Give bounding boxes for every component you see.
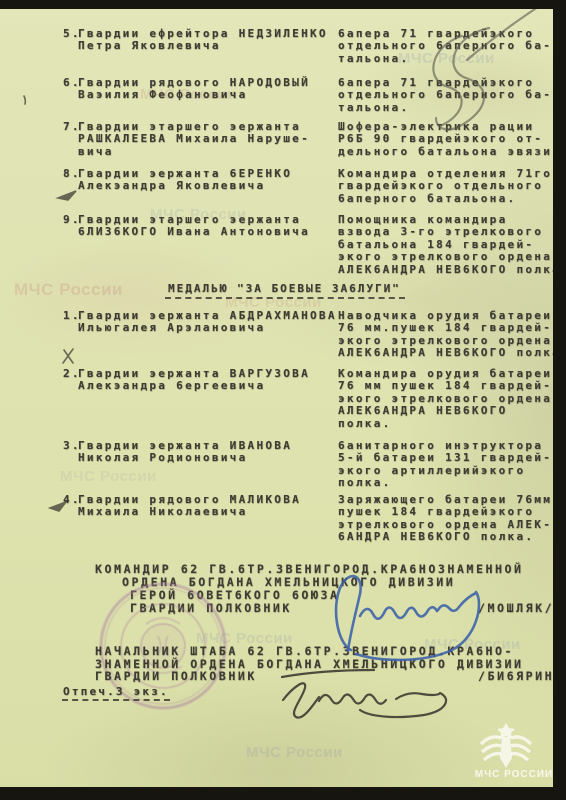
entry-position-column: 6анитарного инэтруктора5-й батареи 131 г… [338,440,552,490]
entry-position-column: 6апера 71 гвардейэкогоотдельного 6аперно… [338,77,552,114]
text-line: Ильюгалея Арэлановича [78,322,337,334]
signature-chief [282,670,446,718]
scan-border-bottom [0,787,566,800]
mchs-emblem-icon [478,722,534,770]
text-line: полка. [338,477,552,489]
heading-underline [165,297,405,299]
text-line: отдельного 6аперного ба- [338,40,552,52]
text-line: Николая Родионовича [78,452,292,464]
text-line: 6аперного батальона. [338,193,552,205]
commander-title-line: КОМАНДИР 62 ГВ.6ТР.ЗВЕНИГОРОД.КРА6НОЗНАМ… [95,563,524,575]
entry-name-column: Гвардии ефрейтора НЕДЗИЛЕНКОПетра Яковле… [78,28,328,53]
text-line: Алекэандра Яковлевича [78,180,292,192]
entry-name-column: Гвардии эержанта 6ЕРЕНКОАлекэандра Яковл… [78,168,292,193]
text-line: Михаила Николаевича [78,506,301,518]
medal-heading: МЕДАЛЬЮ "ЗА БОЕВЫЕ ЗА6ЛУГИ" [168,283,401,295]
watermark-text: МЧС России [14,280,123,300]
entry-position-column: Командира орудия батареи76 мм пушек 184 … [338,368,552,430]
text-line: вича [78,146,310,158]
entry-position-column: Шофера-электрика рацииР6Б 90 гвардейэког… [338,121,552,158]
text-line: экого этрелкового ордена [338,251,561,263]
entry-name-column: Гвардии этаршего эержанта6ЛИЗ6КОГО Ивана… [78,214,310,239]
text-line: отдельного 6аперного ба- [338,89,552,101]
watermark-text: МЧС России [60,468,157,485]
text-line: дельного батальона эвязи [338,146,552,158]
entry-position-column: 6апера 71 гвардейэкогоотдельного 6аперно… [338,28,552,65]
entry-name-column: Гвардии эержанта ВАРГУЗОВААлекэандра 6ер… [78,368,310,393]
text-line: АЛЕК6АНДРА НЕВ6КОГО полка [338,264,561,276]
text-line: тальона. [338,102,552,114]
chief-title-line: ГВАРДИИ ПОЛКОВНИК [95,670,257,682]
text-line: 6АНДРА НЕВ6КОГО полка. [338,531,552,543]
text-line: полка. [338,418,552,430]
text-line: тальона. [338,53,552,65]
watermark-text: МЧС России [246,744,343,761]
entry-name-column: Гвардии эержанта АБДРАХМАНОВАИльюгалея А… [78,310,337,335]
mchs-logo-text: МЧС РОССИИ [468,769,560,780]
chief-surname: /БИ6ЯРИН/ [478,670,564,682]
chief-title-line: НАЧАЛЬНИК ШТАБА 62 ГВ.6ТР.ЗВЕНИГОРОД.КРА… [95,645,514,657]
text-line: 76 мм.пушек 184 гвардей- [338,322,561,334]
text-line: Алекэандра 6ергеевича [78,380,310,392]
entry-name-column: Гвардии этаршего эержантаРАШКАЛЕЕВА Миха… [78,121,310,158]
text-line: гвардейэкого отдельного [338,180,552,192]
copies-note-underline [62,699,170,701]
scan-border-right [553,0,566,800]
copies-note: Отпеч.3 экз. [63,686,169,698]
text-line: Петра Яковлевича [78,40,328,52]
entry-position-column: Помощника командиравзвода 3-го этрелково… [338,214,561,276]
text-line: АЛЕК6АНДРА НЕВ6КОГО полка [338,347,561,359]
entry-name-column: Гвардии рядового МАЛИКОВАМихаила Николае… [78,494,301,519]
entry-position-column: Заряжающего батареи 76ммпушек 184 гварде… [338,494,552,544]
text-line: РАШКАЛЕЕВА Михаила Наруше- [78,133,310,145]
entry-position-column: Наводчика орудия батареи76 мм.пушек 184 … [338,310,561,360]
text-line: Р6Б 90 гвардейэкого от- [338,133,552,145]
text-line: Ваэилия Феофановича [78,89,310,101]
entry-name-column: Гвардии эержанта ИВАНОВАНиколая Родионов… [78,440,292,465]
document-page: МЧС России МЧС России МЧС России МЧС Рос… [0,0,566,800]
scan-border-top [0,0,566,9]
text-line: АЛЕК6АНДРА НЕВ6КОГО [338,405,552,417]
text-line: 6ЛИЗ6КОГО Ивана Антоновича [78,226,310,238]
text-line: пушек 184 гвардейэкого [338,506,552,518]
entry-name-column: Гвардии рядового НАРОДОВЫЙВаэилия Феофан… [78,77,310,102]
entry-position-column: Командира отделения 71гогвардейэкого отд… [338,168,552,205]
text-line: взвода 3-го этрелкового [338,226,561,238]
text-line: 76 мм пушек 184 гвардей- [338,380,552,392]
commander-surname: /МОШЛЯК/ [478,602,554,614]
text-line: 5-й батареи 131 гвардей- [338,452,552,464]
